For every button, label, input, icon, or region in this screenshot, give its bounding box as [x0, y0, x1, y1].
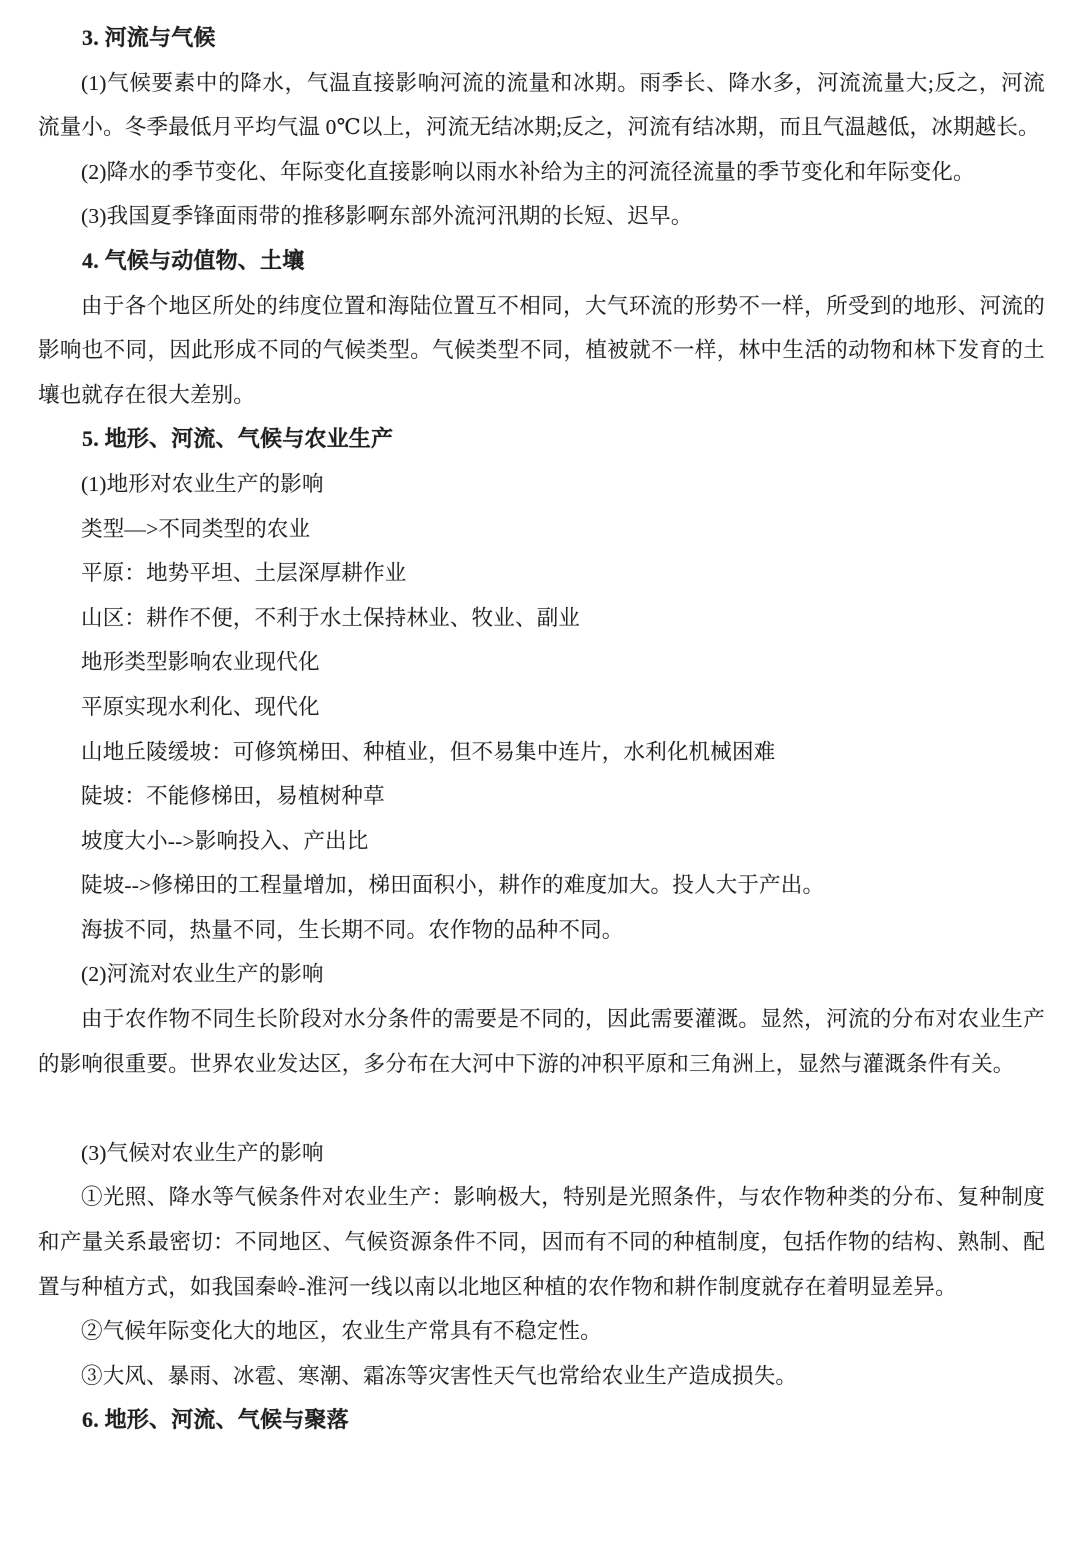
paragraph: 地形类型影响农业现代化 — [38, 640, 1045, 685]
section-heading-rivers-climate: 3. 河流与气候 — [38, 16, 1045, 61]
paragraph: (1)地形对农业生产的影响 — [38, 462, 1045, 507]
section-heading-terrain-rivers-climate-settlement: 6. 地形、河流、气候与聚落 — [38, 1398, 1045, 1443]
paragraph: 坡度大小-->影响投入、产出比 — [38, 819, 1045, 864]
paragraph: (1)气候要素中的降水，气温直接影响河流的流量和冰期。雨季长、降水多，河流流量大… — [38, 61, 1045, 150]
paragraph: 山地丘陵缓坡：可修筑梯田、种植业，但不易集中连片，水利化机械困难 — [38, 730, 1045, 775]
paragraph: 平原：地势平坦、土层深厚耕作业 — [38, 551, 1045, 596]
paragraph: 山区：耕作不便，不利于水土保持林业、牧业、副业 — [38, 596, 1045, 641]
paragraph: (2)河流对农业生产的影响 — [38, 952, 1045, 997]
paragraph: 海拔不同，热量不同，生长期不同。农作物的品种不同。 — [38, 908, 1045, 953]
blank-line — [38, 1086, 1045, 1131]
paragraph: (2)降水的季节变化、年际变化直接影响以雨水补给为主的河流径流量的季节变化和年际… — [38, 150, 1045, 195]
section-heading-terrain-rivers-climate-agriculture: 5. 地形、河流、气候与农业生产 — [38, 417, 1045, 462]
section-heading-climate-flora-fauna-soil: 4. 气候与动值物、土壤 — [38, 239, 1045, 284]
paragraph: 由于各个地区所处的纬度位置和海陆位置互不相同，大气环流的形势不一样，所受到的地形… — [38, 284, 1045, 418]
paragraph: 平原实现水利化、现代化 — [38, 685, 1045, 730]
paragraph: 类型—>不同类型的农业 — [38, 507, 1045, 552]
paragraph: 陡坡-->修梯田的工程量增加，梯田面积小，耕作的难度加大。投人大于产出。 — [38, 863, 1045, 908]
paragraph: ②气候年际变化大的地区，农业生产常具有不稳定性。 — [38, 1309, 1045, 1354]
paragraph: 由于农作物不同生长阶段对水分条件的需要是不同的，因此需要灌溉。显然，河流的分布对… — [38, 997, 1045, 1086]
document-page: 3. 河流与气候 (1)气候要素中的降水，气温直接影响河流的流量和冰期。雨季长、… — [0, 0, 1080, 1558]
paragraph: ③大风、暴雨、冰雹、寒潮、霜冻等灾害性天气也常给农业生产造成损失。 — [38, 1354, 1045, 1399]
paragraph: 陡坡：不能修梯田，易植树种草 — [38, 774, 1045, 819]
paragraph: (3)我国夏季锋面雨带的推移影啊东部外流河汛期的长短、迟早。 — [38, 194, 1045, 239]
paragraph: ①光照、降水等气候条件对农业生产：影响极大，特别是光照条件，与农作物种类的分布、… — [38, 1175, 1045, 1309]
paragraph: (3)气候对农业生产的影响 — [38, 1131, 1045, 1176]
